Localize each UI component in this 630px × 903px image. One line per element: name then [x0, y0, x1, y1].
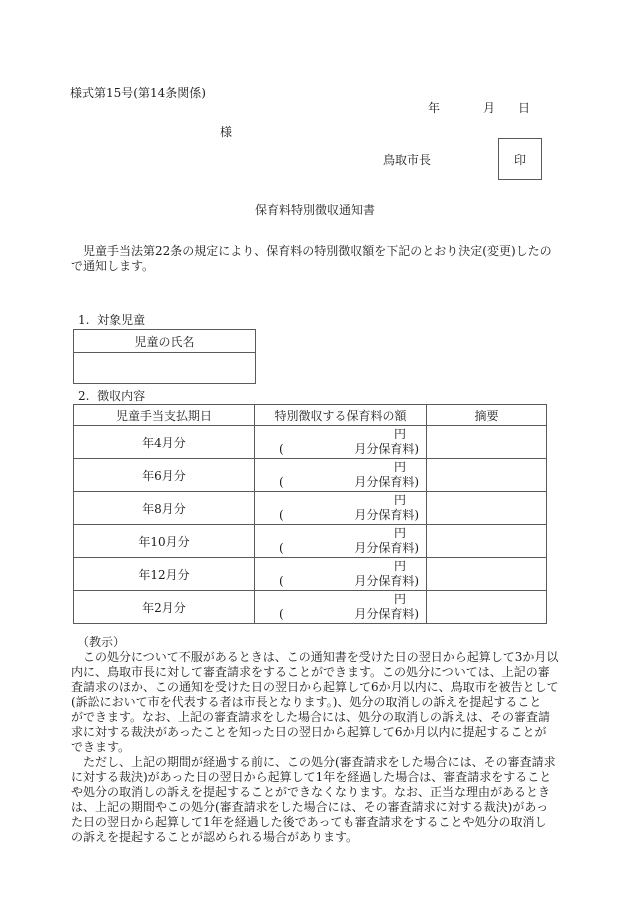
form-number: 様式第15号(第14条関係): [70, 84, 206, 101]
seal-box: 印: [498, 138, 542, 180]
column-header-period: 児童手当支払期日: [74, 405, 255, 426]
amount-paren-line: ( 月分保育料): [255, 607, 426, 622]
amount-paren-line: ( 月分保育料): [255, 475, 426, 490]
collection-table-header-row: 児童手当支払期日 特別徴収する保育料の額 摘要: [74, 405, 547, 426]
seal-label: 印: [514, 151, 526, 168]
section2-heading: 2. 徴収内容: [78, 387, 145, 404]
period-cell: 年6月分: [74, 459, 255, 492]
section1-heading: 1. 対象児童: [78, 311, 145, 328]
table-row-june: 年6月分 円 ( 月分保育料): [74, 459, 547, 492]
paren-open: (: [279, 475, 284, 490]
yen-unit-label: 円: [255, 592, 426, 607]
yen-unit-label: 円: [255, 460, 426, 475]
recipient-honorific: 様: [220, 123, 232, 140]
period-cell: 年2月分: [74, 591, 255, 624]
collection-table: 児童手当支払期日 特別徴収する保育料の額 摘要 年4月分 円 ( 月分保育料) …: [73, 404, 547, 624]
document-title: 保育料特別徴収通知書: [0, 201, 630, 218]
paren-open: (: [279, 607, 284, 622]
document-page: 様式第15号(第14条関係) 年 月 日 様 鳥取市長 印 保育料特別徴収通知書…: [0, 0, 630, 903]
column-header-note: 摘要: [427, 405, 547, 426]
child-name-column-header: 児童の氏名: [74, 330, 255, 353]
note-cell: [427, 459, 547, 492]
notice-paragraph-1: この処分について不服があるときは、この通知書を受けた日の翌日から起算して3か月以…: [71, 650, 571, 755]
period-cell: 年12月分: [74, 558, 255, 591]
note-cell: [427, 426, 547, 459]
table-row-august: 年8月分 円 ( 月分保育料): [74, 492, 547, 525]
amount-cell: 円 ( 月分保育料): [255, 426, 427, 459]
child-name-cell: [74, 353, 255, 383]
note-cell: [427, 558, 547, 591]
note-cell: [427, 492, 547, 525]
date-day-label: 日: [518, 99, 530, 116]
yen-unit-label: 円: [255, 493, 426, 508]
child-name-table: 児童の氏名: [73, 329, 256, 384]
amount-cell: 円 ( 月分保育料): [255, 591, 427, 624]
paren-month-label: 月分保育料): [354, 541, 419, 556]
paren-month-label: 月分保育料): [354, 607, 419, 622]
appeal-notice: （教示） この処分について不服があるときは、この通知書を受けた日の翌日から起算し…: [71, 635, 571, 845]
yen-unit-label: 円: [255, 427, 426, 442]
amount-paren-line: ( 月分保育料): [255, 574, 426, 589]
table-row-april: 年4月分 円 ( 月分保育料): [74, 426, 547, 459]
intro-paragraph: 児童手当法第22条の規定により、保育料の特別徴収額を下記のとおり決定(変更)した…: [71, 244, 571, 274]
amount-paren-line: ( 月分保育料): [255, 508, 426, 523]
period-cell: 年4月分: [74, 426, 255, 459]
amount-cell: 円 ( 月分保育料): [255, 459, 427, 492]
yen-unit-label: 円: [255, 559, 426, 574]
notice-heading: （教示）: [71, 635, 571, 650]
note-cell: [427, 525, 547, 558]
paren-open: (: [279, 574, 284, 589]
yen-unit-label: 円: [255, 526, 426, 541]
amount-paren-line: ( 月分保育料): [255, 541, 426, 556]
period-cell: 年8月分: [74, 492, 255, 525]
amount-paren-line: ( 月分保育料): [255, 442, 426, 457]
table-row-february: 年2月分 円 ( 月分保育料): [74, 591, 547, 624]
column-header-amount: 特別徴収する保育料の額: [255, 405, 427, 426]
amount-cell: 円 ( 月分保育料): [255, 525, 427, 558]
paren-open: (: [279, 541, 284, 556]
table-row-october: 年10月分 円 ( 月分保育料): [74, 525, 547, 558]
period-cell: 年10月分: [74, 525, 255, 558]
paren-month-label: 月分保育料): [354, 475, 419, 490]
note-cell: [427, 591, 547, 624]
issuer-name: 鳥取市長: [383, 151, 431, 168]
paren-month-label: 月分保育料): [354, 442, 419, 457]
paren-month-label: 月分保育料): [354, 574, 419, 589]
table-row-december: 年12月分 円 ( 月分保育料): [74, 558, 547, 591]
amount-cell: 円 ( 月分保育料): [255, 558, 427, 591]
paren-month-label: 月分保育料): [354, 508, 419, 523]
notice-paragraph-2: ただし、上記の期間が経過する前に、この処分(審査請求をした場合には、その審査請求…: [71, 755, 571, 845]
amount-cell: 円 ( 月分保育料): [255, 492, 427, 525]
paren-open: (: [279, 442, 284, 457]
paren-open: (: [279, 508, 284, 523]
date-year-label: 年: [428, 99, 440, 116]
date-month-label: 月: [483, 99, 495, 116]
